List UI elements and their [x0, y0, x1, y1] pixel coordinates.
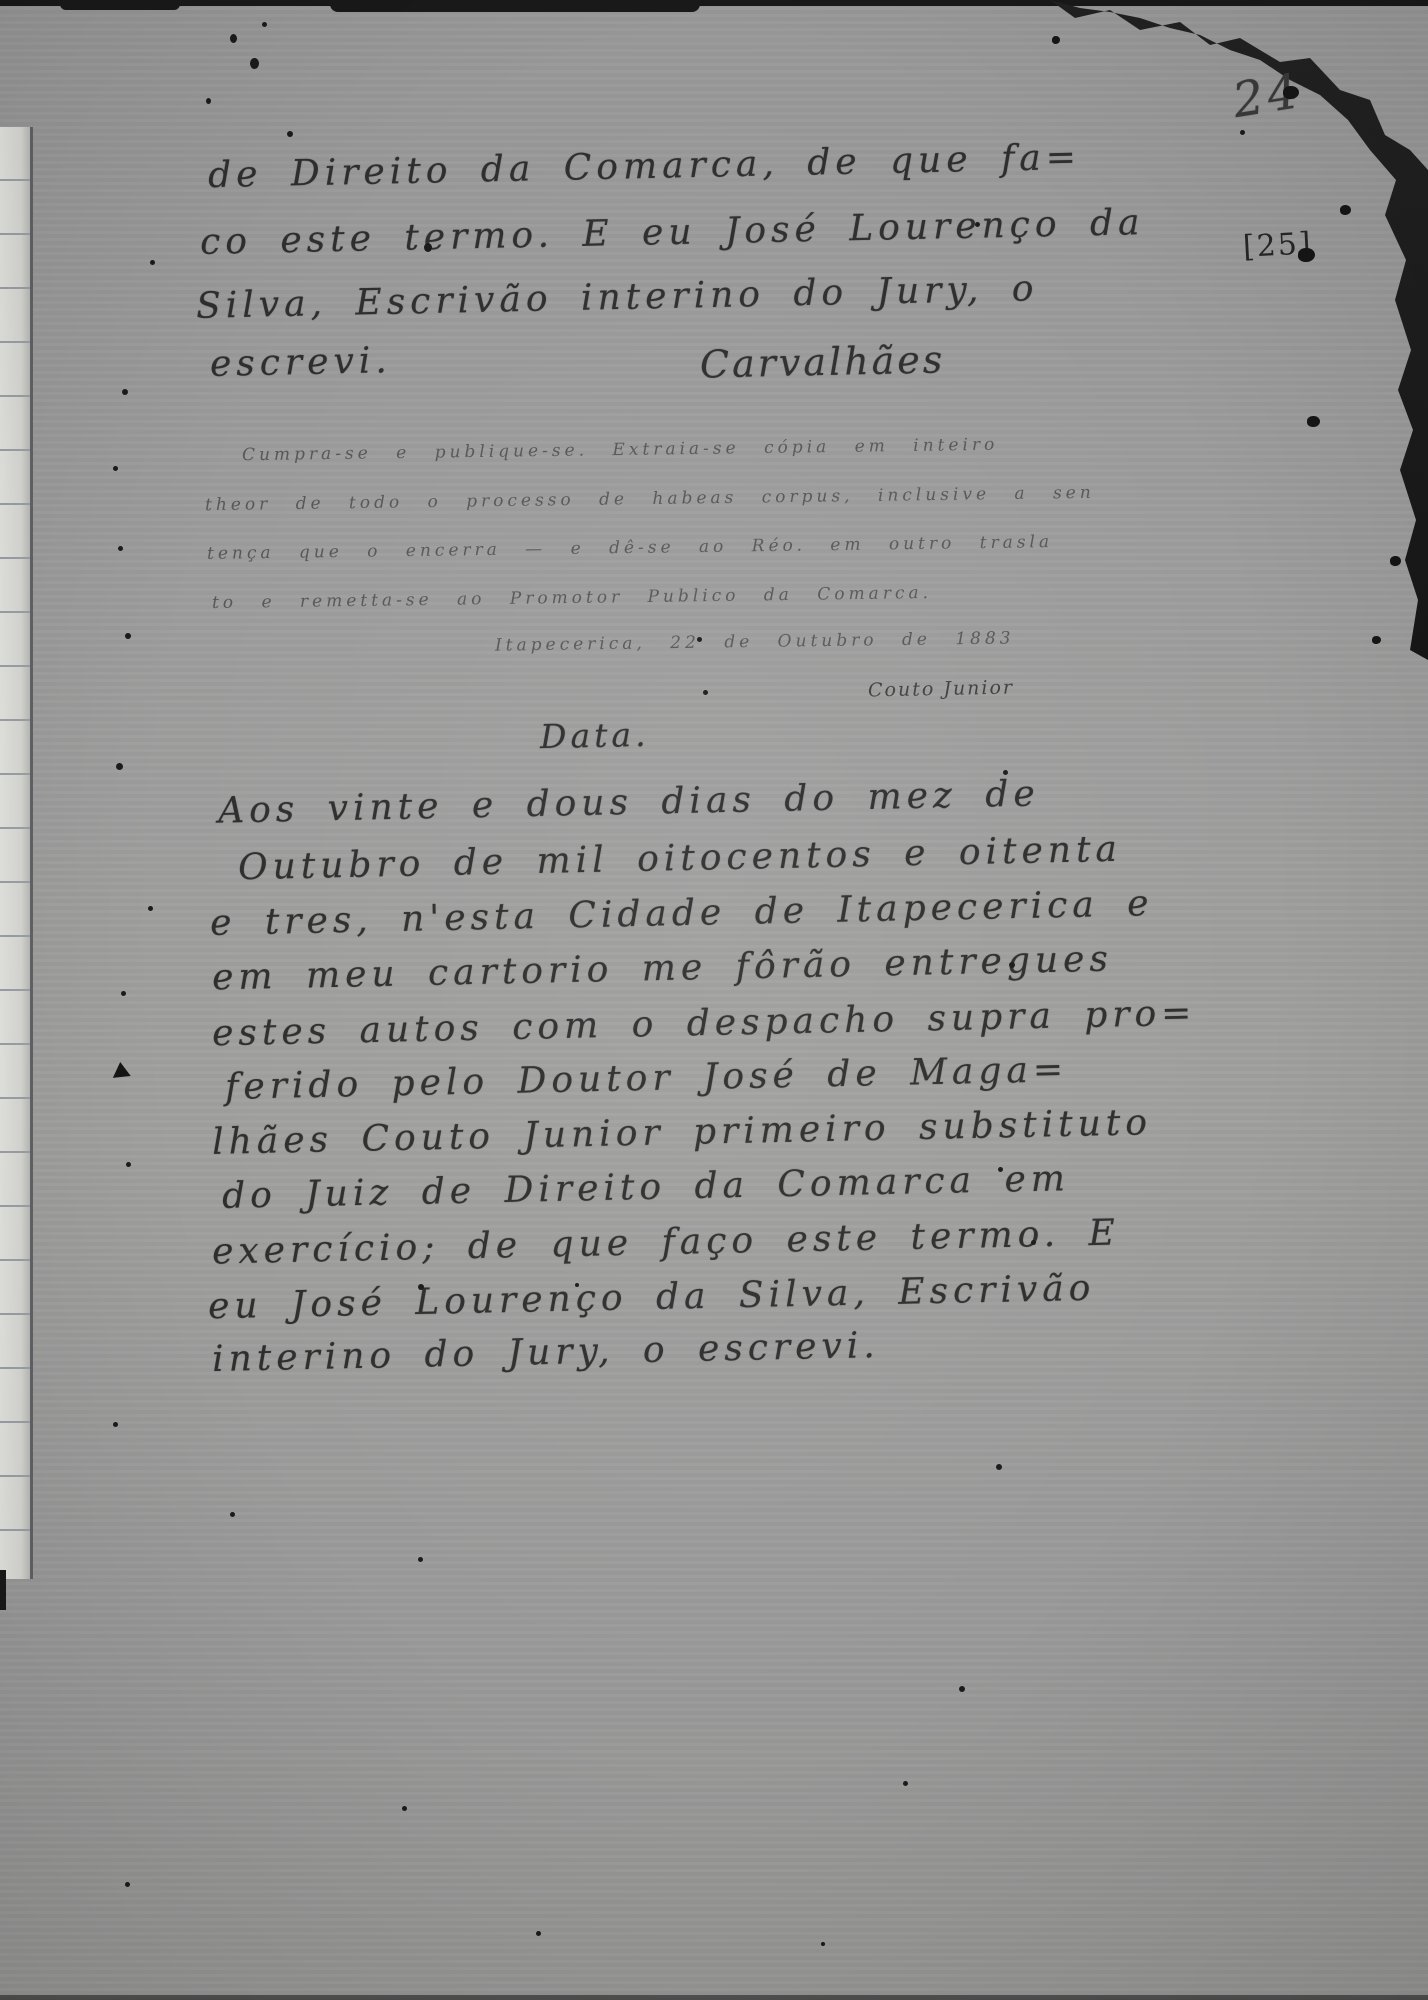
ink-speck — [959, 1686, 965, 1692]
scanned-document-screenshot: { "page": { "page_number": "24", "folio_… — [0, 0, 1428, 2000]
ruled-margin-strip — [0, 127, 33, 1579]
ink-speck — [418, 1557, 423, 1562]
ink-speck — [703, 690, 708, 695]
ink-speck — [697, 637, 702, 642]
ink-speck — [287, 131, 293, 137]
ink-blob — [1372, 636, 1381, 644]
ink-speck — [262, 22, 267, 27]
ink-speck — [1003, 770, 1008, 775]
ink-speck — [1009, 962, 1015, 968]
ink-speck — [126, 1162, 131, 1167]
ink-speck — [424, 243, 432, 252]
ink-speck — [118, 546, 123, 551]
ink-speck — [150, 260, 155, 265]
ink-speck — [116, 763, 123, 770]
ink-speck — [230, 34, 237, 43]
manuscript-line: escrevi. — [210, 340, 393, 385]
scan-edge-top-notch — [330, 0, 700, 12]
despacho-signature: Couto Junior — [868, 676, 1014, 701]
ink-speck — [122, 389, 128, 395]
ink-speck — [113, 466, 118, 471]
ink-speck — [148, 906, 153, 911]
ink-speck — [206, 98, 211, 104]
ink-speck — [575, 1283, 579, 1287]
scan-edge-top — [0, 0, 1428, 6]
judge-signature: Carvalhães — [700, 337, 946, 386]
ink-speck — [821, 1942, 825, 1946]
scan-edge-top-notch — [60, 0, 180, 10]
ink-speck — [418, 1284, 424, 1290]
triangle-mark — [111, 1061, 130, 1078]
ink-speck — [121, 991, 126, 996]
ink-speck — [113, 1422, 118, 1427]
scan-edge-bottom — [0, 1995, 1428, 2000]
margin-strip-shadow — [0, 1570, 6, 1610]
ink-speck — [125, 1882, 130, 1887]
ink-speck — [998, 1167, 1003, 1172]
ink-speck — [402, 1806, 407, 1811]
ink-speck — [536, 1931, 541, 1936]
ink-speck — [996, 1464, 1002, 1470]
section-heading-data: Data. — [540, 715, 650, 756]
ink-speck — [903, 1781, 908, 1786]
ink-speck — [125, 633, 131, 639]
ink-speck — [250, 58, 259, 69]
ink-speck — [975, 222, 980, 227]
ink-speck — [1240, 130, 1245, 135]
ink-blob — [1298, 248, 1315, 262]
ink-speck — [1031, 1240, 1036, 1245]
ink-speck — [230, 1512, 235, 1517]
